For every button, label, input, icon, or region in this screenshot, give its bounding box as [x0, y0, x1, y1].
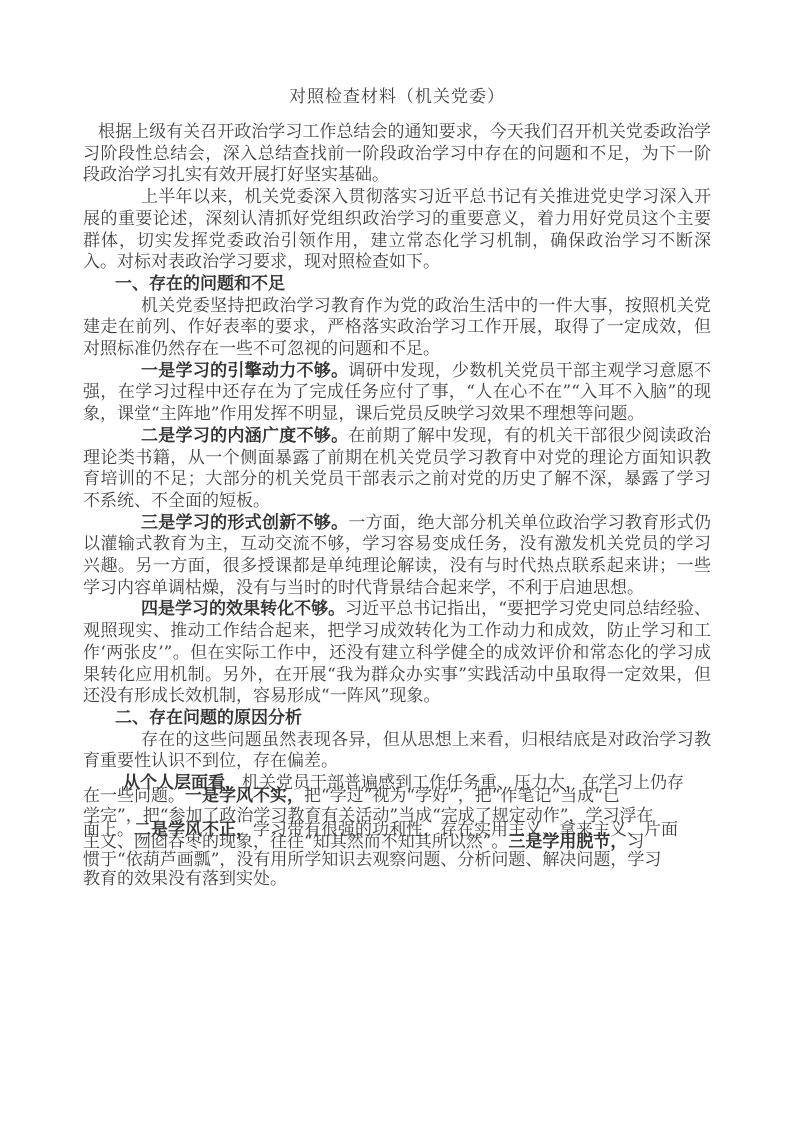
text-run-bold: 一、存在的问题和不足 [115, 274, 285, 294]
text-run-bold: 一是学习的引擎动力不够。 [141, 361, 348, 381]
section-heading: 一、存在的问题和不足 [83, 274, 711, 296]
text-run-bold: 四是学习的效果转化不够。 [141, 599, 345, 619]
document-page: 对照检查材料（机关党委） 根据上级有关召开政治学习工作总结会的通知要求，今天我们… [0, 0, 794, 1122]
paragraph: 三是学习的形式创新不够。一方面，绝大部分机关单位政治学习教育形式仍以灌输式教育为… [83, 513, 711, 600]
paragraph-line: 在一些问题。一是学风不实，把“学过”视为“学好”，把“作笔记”当成“已 [83, 786, 711, 808]
section-heading: 二、存在问题的原因分析 [83, 708, 711, 730]
document-body: 根据上级有关召开政治学习工作总结会的通知要求，今天我们召开机关党委政治学习阶段性… [83, 122, 711, 891]
paragraph: 二是学习的内涵广度不够。在前期了解中发现，有的机关干部很少阅读政治理论类书籍，从… [83, 426, 711, 513]
text-run-bold: 二、存在问题的原因分析 [115, 708, 302, 728]
document-content: 对照检查材料（机关党委） 根据上级有关召开政治学习工作总结会的通知要求，今天我们… [83, 86, 711, 891]
text-run: 上半年以来，机关党委深入贯彻落实习近平总书记有关推进党史学习深入开展的重要论述，… [83, 187, 711, 272]
text-run-bold: 一是学风不实， [185, 786, 304, 806]
text-run-bold: 二是学习的内涵广度不够。 [141, 426, 348, 446]
paragraph-line: 教育的效果没有落到实处。 [83, 869, 711, 891]
paragraph: 四是学习的效果转化不够。习近平总书记指出，“要把学习党史同总结经验、观照现实、推… [83, 599, 711, 708]
paragraph: 机关党委坚持把政治学习教育作为党的政治生活中的一件大事，按照机关党建走在前列、作… [83, 296, 711, 361]
paragraph: 上半年以来，机关党委深入贯彻落实习近平总书记有关推进党史学习深入开展的重要论述，… [83, 187, 711, 274]
paragraph-line: 惯于“依葫芦画瓢”，没有用所学知识去观察问题、分析问题、解决问题，学习 [83, 850, 711, 872]
text-run: 机关党委坚持把政治学习教育作为党的政治生活中的一件大事，按照机关党建走在前列、作… [83, 296, 711, 359]
overlap-paragraph: 从个人层面看，机关党员干部普遍感到工作任务重、压力大，在学习上仍存在一些问题。一… [83, 773, 711, 891]
text-run: 存在的这些问题虽然表现各异，但从思想上来看，归根结底是对政治学习教育重要性认识不… [83, 730, 711, 772]
text-run-bold: 三是学习的形式创新不够。 [141, 513, 348, 533]
text-run: 把“学过”视为“学好”，把“作笔记”当成“已 [304, 786, 620, 806]
paragraph: 存在的这些问题虽然表现各异，但从思想上来看，归根结底是对政治学习教育重要性认识不… [83, 730, 711, 773]
text-run: 根据上级有关召开政治学习工作总结会的通知要求，今天我们召开机关党委政治学习阶段性… [83, 122, 711, 185]
intro-paragraph: 根据上级有关召开政治学习工作总结会的通知要求，今天我们召开机关党委政治学习阶段性… [83, 122, 711, 187]
paragraph: 一是学习的引擎动力不够。调研中发现，少数机关党员干部主观学习意愿不强，在学习过程… [83, 361, 711, 426]
text-run: 在一些问题。 [83, 786, 185, 806]
document-title: 对照检查材料（机关党委） [83, 86, 711, 108]
text-run: 教育的效果没有落到实处。 [83, 869, 287, 889]
text-run: 惯于“依葫芦画瓢”，没有用所学知识去观察问题、分析问题、解决问题，学习 [83, 850, 661, 870]
